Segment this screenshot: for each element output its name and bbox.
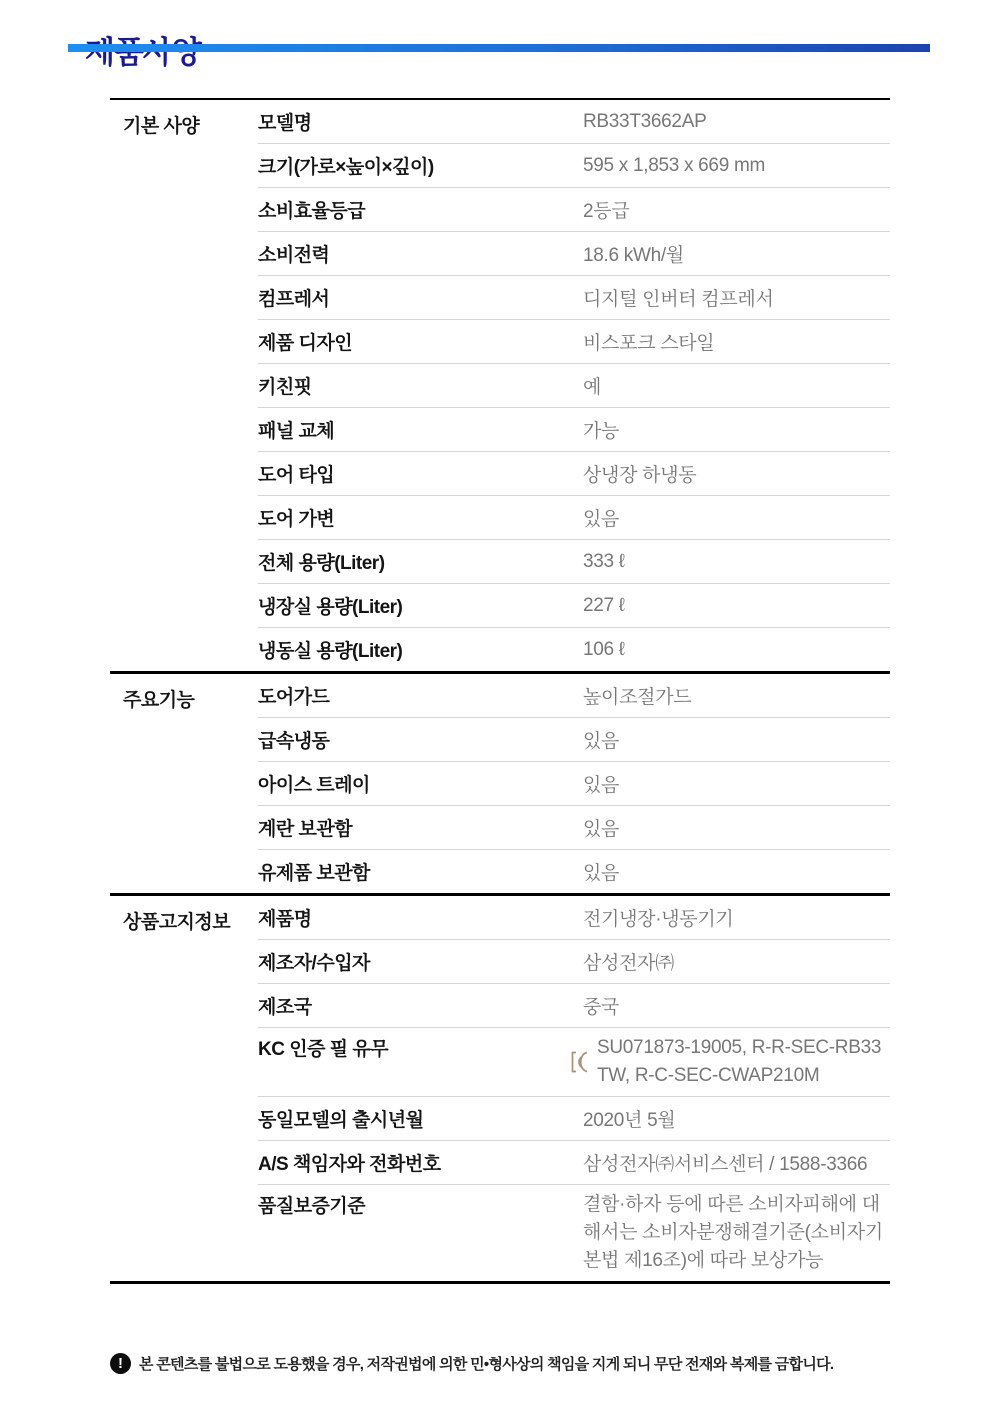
row-label: 제조자/수입자 bbox=[258, 948, 583, 975]
table-row: 패널 교체 가능 bbox=[258, 407, 890, 451]
row-value: 상냉장 하냉동 bbox=[583, 460, 890, 487]
section-rows: 도어가드 높이조절가드 급속냉동 있음 아이스 트레이 있음 계란 보관함 있음… bbox=[258, 674, 890, 893]
section-rows: 모델명 RB33T3662AP 크기(가로×높이×깊이) 595 x 1,853… bbox=[258, 100, 890, 671]
row-value: 333 ℓ bbox=[583, 551, 890, 573]
row-value: 2등급 bbox=[583, 196, 890, 223]
section-rows: 제품명 전기냉장·냉동기기 제조자/수입자 삼성전자㈜ 제조국 중국 KC 인증… bbox=[258, 896, 890, 1281]
row-value: 2020년 5월 bbox=[583, 1105, 890, 1132]
row-value: 높이조절가드 bbox=[583, 682, 890, 709]
table-row: 계란 보관함 있음 bbox=[258, 805, 890, 849]
row-label: A/S 책임자와 전화번호 bbox=[258, 1149, 583, 1176]
table-row: 아이스 트레이 있음 bbox=[258, 761, 890, 805]
row-label: 제품 디자인 bbox=[258, 328, 583, 355]
copyright-notice: ! 본 콘텐츠를 불법으로 도용했을 경우, 저작권법에 의한 민•형사상의 책… bbox=[110, 1353, 900, 1374]
row-value: 비스포크 스타일 bbox=[583, 328, 890, 355]
table-row: 도어 타입 상냉장 하냉동 bbox=[258, 451, 890, 495]
table-row: 유제품 보관함 있음 bbox=[258, 849, 890, 893]
kc-value-wrap: SU071873-19005, R-R-SEC-RB33TW, R-C-SEC-… bbox=[570, 1034, 890, 1090]
row-value: 있음 bbox=[583, 858, 890, 885]
section-label: 상품고지정보 bbox=[110, 896, 258, 1281]
row-label: 크기(가로×높이×깊이) bbox=[258, 152, 583, 179]
table-row: 제조국 중국 bbox=[258, 983, 890, 1027]
row-value: 중국 bbox=[583, 992, 890, 1019]
row-value: 있음 bbox=[583, 814, 890, 841]
table-row: A/S 책임자와 전화번호 삼성전자㈜서비스센터 / 1588-3366 bbox=[258, 1140, 890, 1184]
row-label: 도어가드 bbox=[258, 682, 583, 709]
row-value: 디지털 인버터 컴프레서 bbox=[583, 284, 890, 311]
row-value: 18.6 kWh/월 bbox=[583, 240, 890, 267]
row-value: 예 bbox=[583, 372, 890, 399]
row-label: 모델명 bbox=[258, 108, 583, 135]
row-label: 동일모델의 출시년월 bbox=[258, 1105, 583, 1132]
section-label: 기본 사양 bbox=[110, 100, 258, 671]
row-value: 106 ℓ bbox=[583, 639, 890, 661]
copyright-text: 본 콘텐츠를 불법으로 도용했을 경우, 저작권법에 의한 민•형사상의 책임을… bbox=[139, 1353, 833, 1374]
table-row-kc-certification: KC 인증 필 유무 bbox=[258, 1027, 890, 1096]
table-row: 전체 용량(Liter) 333 ℓ bbox=[258, 539, 890, 583]
table-row: 도어 가변 있음 bbox=[258, 495, 890, 539]
table-row: 소비전력 18.6 kWh/월 bbox=[258, 231, 890, 275]
row-label: 소비전력 bbox=[258, 240, 583, 267]
row-value: RB33T3662AP bbox=[583, 111, 890, 133]
table-row: 크기(가로×높이×깊이) 595 x 1,853 x 669 mm bbox=[258, 143, 890, 187]
row-value: 삼성전자㈜서비스센터 / 1588-3366 bbox=[583, 1149, 890, 1176]
row-label: 제조국 bbox=[258, 992, 583, 1019]
table-row: 도어가드 높이조절가드 bbox=[258, 674, 890, 717]
table-row: 제품명 전기냉장·냉동기기 bbox=[258, 896, 890, 939]
row-label: 품질보증기준 bbox=[258, 1191, 583, 1218]
section-label: 주요기능 bbox=[110, 674, 258, 893]
table-row: 모델명 RB33T3662AP bbox=[258, 100, 890, 143]
spec-table: 기본 사양 모델명 RB33T3662AP 크기(가로×높이×깊이) 595 x… bbox=[110, 98, 890, 1284]
row-value: 삼성전자㈜ bbox=[583, 948, 890, 975]
product-spec-page: 제품사양 기본 사양 모델명 RB33T3662AP 크기(가로×높이×깊이) … bbox=[0, 0, 1000, 1420]
row-value: 결함·하자 등에 따른 소비자피해에 대해서는 소비자분쟁해결기준(소비자기본법… bbox=[583, 1191, 890, 1275]
table-row-warranty: 품질보증기준 결함·하자 등에 따른 소비자피해에 대해서는 소비자분쟁해결기준… bbox=[258, 1184, 890, 1281]
row-label: 도어 타입 bbox=[258, 460, 583, 487]
row-label: 급속냉동 bbox=[258, 726, 583, 753]
table-row: 제조자/수입자 삼성전자㈜ bbox=[258, 939, 890, 983]
row-value: 227 ℓ bbox=[583, 595, 890, 617]
row-label: 계란 보관함 bbox=[258, 814, 583, 841]
table-row: 제품 디자인 비스포크 스타일 bbox=[258, 319, 890, 363]
row-label: 냉장실 용량(Liter) bbox=[258, 592, 583, 619]
row-label: 아이스 트레이 bbox=[258, 770, 583, 797]
warning-icon: ! bbox=[110, 1353, 131, 1374]
row-value: 있음 bbox=[583, 770, 890, 797]
table-row: 냉장실 용량(Liter) 227 ℓ bbox=[258, 583, 890, 627]
row-value: 있음 bbox=[583, 726, 890, 753]
row-label: KC 인증 필 유무 bbox=[258, 1034, 583, 1061]
kc-certification-icon bbox=[570, 1050, 590, 1074]
row-label: 유제품 보관함 bbox=[258, 858, 583, 885]
spec-section-basic: 기본 사양 모델명 RB33T3662AP 크기(가로×높이×깊이) 595 x… bbox=[110, 100, 890, 671]
row-label: 전체 용량(Liter) bbox=[258, 548, 583, 575]
row-value: 595 x 1,853 x 669 mm bbox=[583, 155, 890, 177]
row-value: 있음 bbox=[583, 504, 890, 531]
kc-certification-numbers: SU071873-19005, R-R-SEC-RB33TW, R-C-SEC-… bbox=[597, 1034, 890, 1090]
row-label: 냉동실 용량(Liter) bbox=[258, 636, 583, 663]
table-row: 냉동실 용량(Liter) 106 ℓ bbox=[258, 627, 890, 671]
row-label: 도어 가변 bbox=[258, 504, 583, 531]
row-label: 키친핏 bbox=[258, 372, 583, 399]
row-value: SU071873-19005, R-R-SEC-RB33TW, R-C-SEC-… bbox=[583, 1034, 890, 1090]
table-row: 컴프레서 디지털 인버터 컴프레서 bbox=[258, 275, 890, 319]
table-row: 소비효율등급 2등급 bbox=[258, 187, 890, 231]
row-value: 가능 bbox=[583, 416, 890, 443]
table-row: 급속냉동 있음 bbox=[258, 717, 890, 761]
table-row: 동일모델의 출시년월 2020년 5월 bbox=[258, 1096, 890, 1140]
spec-section-features: 주요기능 도어가드 높이조절가드 급속냉동 있음 아이스 트레이 있음 계란 보… bbox=[110, 671, 890, 893]
spec-section-notice: 상품고지정보 제품명 전기냉장·냉동기기 제조자/수입자 삼성전자㈜ 제조국 중… bbox=[110, 893, 890, 1281]
table-row: 키친핏 예 bbox=[258, 363, 890, 407]
row-label: 패널 교체 bbox=[258, 416, 583, 443]
row-label: 소비효율등급 bbox=[258, 196, 583, 223]
title-underline bbox=[68, 44, 930, 52]
row-value: 전기냉장·냉동기기 bbox=[583, 904, 890, 931]
row-label: 제품명 bbox=[258, 904, 583, 931]
row-label: 컴프레서 bbox=[258, 284, 583, 311]
